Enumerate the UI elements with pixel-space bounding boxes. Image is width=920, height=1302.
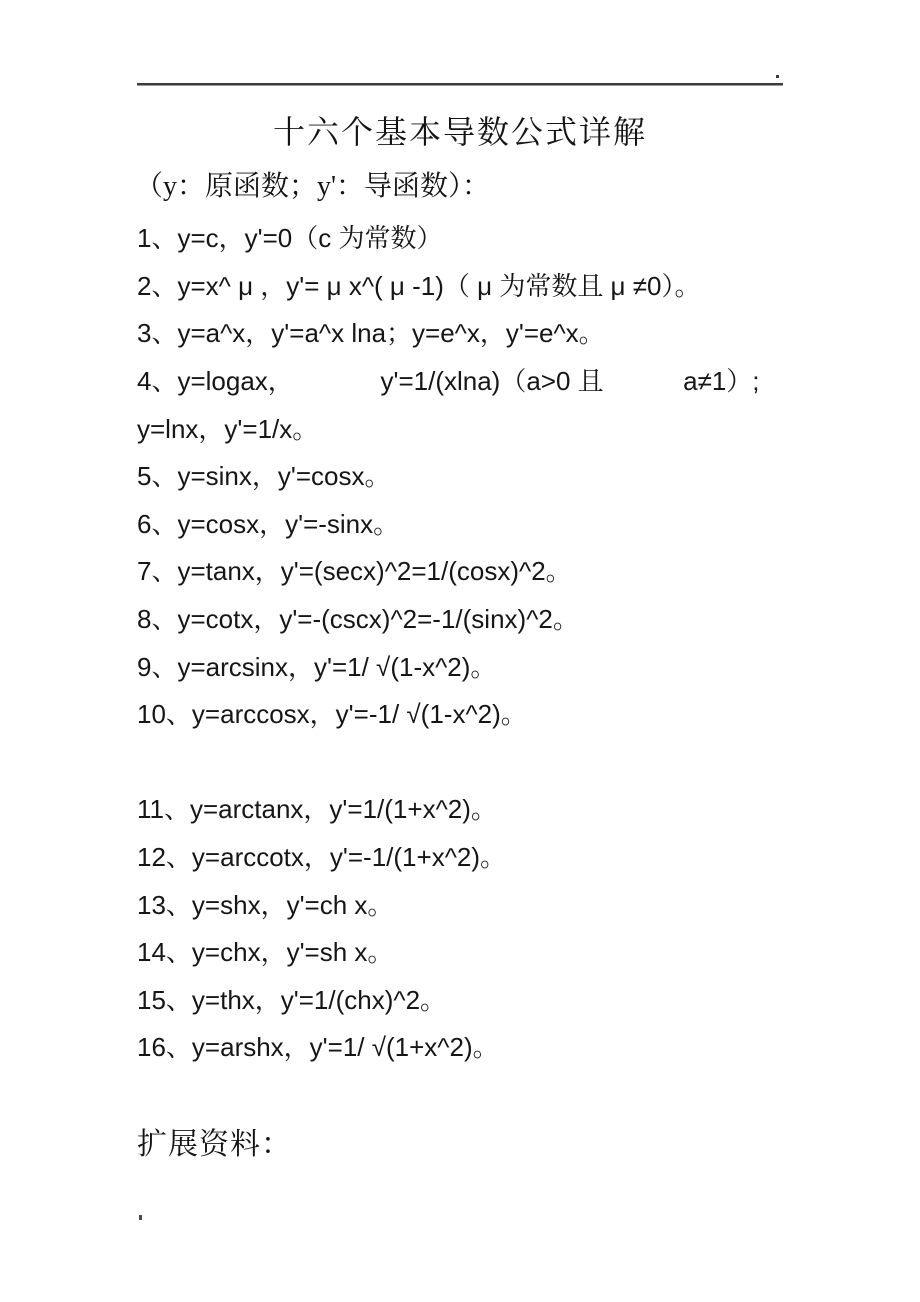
formula-list: 1、y=c，y'=0（c 为常数）2、y=x^ μ ，y'= μ x^( μ -… [137,213,837,1070]
formula-line: 10、y=arccosx，y'=-1/ √(1-x^2)。 [137,689,837,737]
formula-line: 7、y=tanx，y'=(secx)^2=1/(cosx)^2。 [137,546,837,594]
formula-line: 12、y=arccotx，y'=-1/(1+x^2)。 [137,832,837,880]
page-artifact-dot-bottom-left [139,1215,142,1220]
formula-line: 3、y=a^x，y'=a^x lna；y=e^x，y'=e^x。 [137,308,837,356]
formula-line: 14、y=chx，y'=sh x。 [137,927,837,975]
extended-material-heading: 扩展资料： [137,1126,292,1164]
document-page: 十六个基本导数公式详解 （y：原函数；y'：导函数）： 1、y=c，y'=0（c… [0,0,920,1302]
formula-line: 5、y=sinx，y'=cosx。 [137,451,837,499]
formula-line: 16、y=arshx，y'=1/ √(1+x^2)。 [137,1022,837,1070]
formula-line: 15、y=thx，y'=1/(chx)^2。 [137,975,837,1023]
header-divider-line [137,83,783,86]
formula-line: 2、y=x^ μ ，y'= μ x^( μ -1)（ μ 为常数且 μ ≠0）。 [137,261,837,309]
formula-line: 6、y=cosx，y'=-sinx。 [137,499,837,547]
formula-line: 9、y=arcsinx，y'=1/ √(1-x^2)。 [137,641,837,689]
formula-line: 13、y=shx，y'=ch x。 [137,879,837,927]
formula-line: 8、y=cotx，y'=-(cscx)^2=-1/(sinx)^2。 [137,594,837,642]
page-artifact-dot-top-right [776,75,779,78]
formula-line-blank [137,737,837,785]
formula-line: 1、y=c，y'=0（c 为常数） [137,213,837,261]
document-title: 十六个基本导数公式详解 [137,112,783,152]
formula-line: 11、y=arctanx，y'=1/(1+x^2)。 [137,784,837,832]
formula-line: 4、y=logax， y'=1/(xlna)（a>0 且 a≠1）; [137,356,837,404]
formula-line: y=lnx，y'=1/x。 [137,403,837,451]
document-subtitle: （y：原函数；y'：导函数）： [135,170,490,204]
